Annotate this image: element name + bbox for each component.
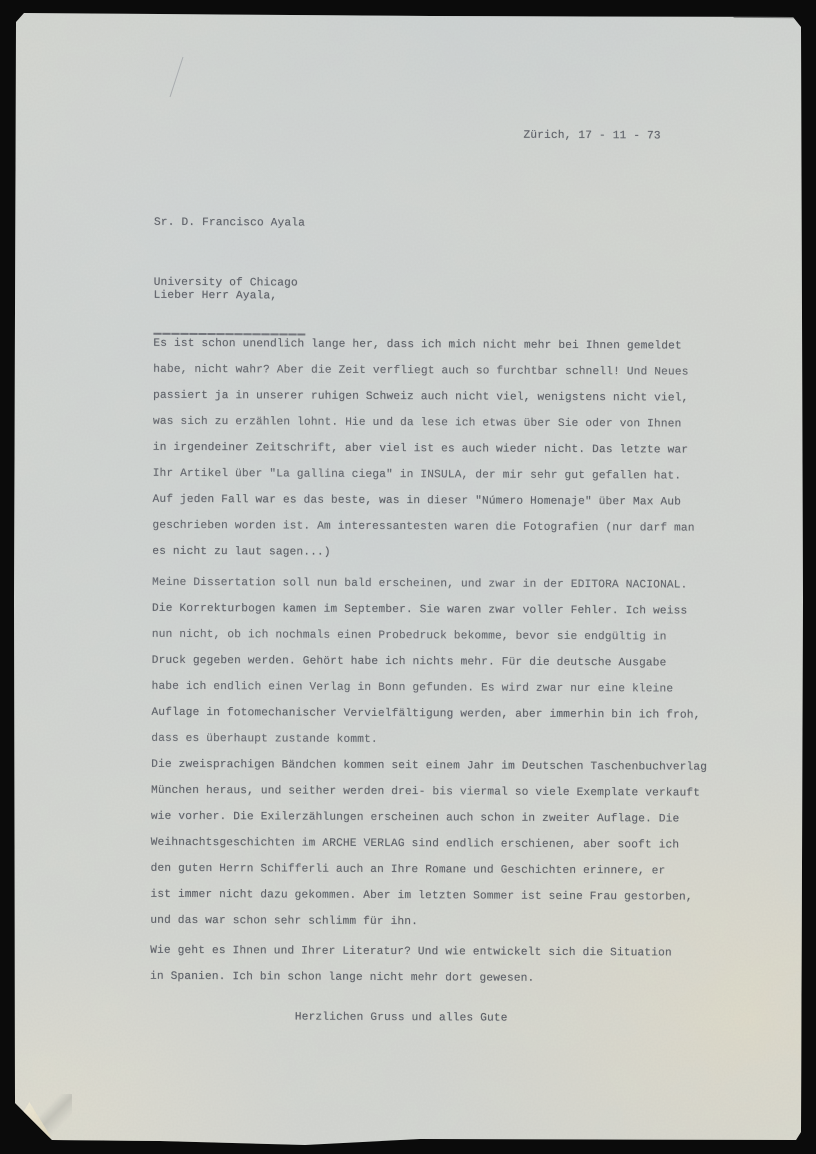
text-line: Ihr Artikel über "La gallina ciega" in I… bbox=[153, 461, 709, 490]
letter-content: Zürich, 17 - 11 - 73 Sr. D. Francisco Ay… bbox=[0, 0, 816, 1154]
text-line: dass es überhaupt zustande kommt. bbox=[151, 726, 707, 755]
text-line: habe, nicht wahr? Aber die Zeit verflieg… bbox=[153, 357, 709, 386]
text-line: was sich zu erzählen lohnt. Hie und da l… bbox=[153, 409, 709, 438]
text-line: Auflage in fotomechanischer Vervielfälti… bbox=[151, 700, 707, 729]
paragraph: Meine Dissertation soll nun bald erschei… bbox=[151, 570, 708, 755]
text-line: Wie geht es Ihnen und Ihrer Literatur? U… bbox=[150, 938, 706, 967]
text-line: Weihnachtsgeschichten im ARCHE VERLAG si… bbox=[151, 830, 707, 859]
text-line: es nicht zu laut sagen...) bbox=[152, 539, 708, 568]
letter-page: Zürich, 17 - 11 - 73 Sr. D. Francisco Ay… bbox=[0, 0, 816, 1154]
text-line: wie vorher. Die Exilerzählungen erschein… bbox=[151, 804, 707, 833]
salutation: Lieber Herr Ayala, bbox=[154, 286, 278, 307]
text-line: habe ich endlich einen Verlag in Bonn ge… bbox=[151, 674, 707, 703]
text-line: Es ist schon unendlich lange her, dass i… bbox=[153, 331, 709, 360]
text-line: Druck gegeben werden. Gehört habe ich ni… bbox=[152, 648, 708, 677]
text-line: Die zweisprachigen Bändchen kommen seit … bbox=[151, 752, 707, 781]
text-line: und das war schon sehr schlimm für ihn. bbox=[150, 908, 706, 937]
text-line: in irgendeiner Zeitschrift, aber viel is… bbox=[153, 435, 709, 464]
paragraph: Die zweisprachigen Bändchen kommen seit … bbox=[150, 752, 707, 937]
text-line: passiert ja in unserer ruhigen Schweiz a… bbox=[153, 383, 709, 412]
text-line: Auf jeden Fall war es das beste, was in … bbox=[152, 487, 708, 516]
text-line: nun nicht, ob ich nochmals einen Probedr… bbox=[152, 622, 708, 651]
text-line: geschrieben worden ist. Am interessantes… bbox=[152, 513, 708, 542]
paragraph: Es ist schon unendlich lange her, dass i… bbox=[152, 331, 709, 568]
closing-line: Herzlichen Gruss und alles Gute bbox=[295, 1004, 508, 1031]
paragraph: Wie geht es Ihnen und Ihrer Literatur? U… bbox=[150, 938, 706, 993]
text-line: den guten Herrn Schifferli auch an Ihre … bbox=[150, 856, 706, 885]
letter-body: Es ist schon unendlich lange her, dass i… bbox=[150, 331, 709, 993]
text-line: München heraus, und seither werden drei-… bbox=[151, 778, 707, 807]
text-line: ist immer nicht dazu gekommen. Aber im l… bbox=[150, 882, 706, 911]
text-line: Meine Dissertation soll nun bald erschei… bbox=[152, 570, 708, 599]
recipient-name: Sr. D. Francisco Ayala bbox=[154, 213, 306, 234]
text-line: in Spanien. Ich bin schon lange nicht me… bbox=[150, 964, 706, 993]
date-line: Zürich, 17 - 11 - 73 bbox=[523, 126, 660, 147]
text-line: Die Korrekturbogen kamen im September. S… bbox=[152, 596, 708, 625]
